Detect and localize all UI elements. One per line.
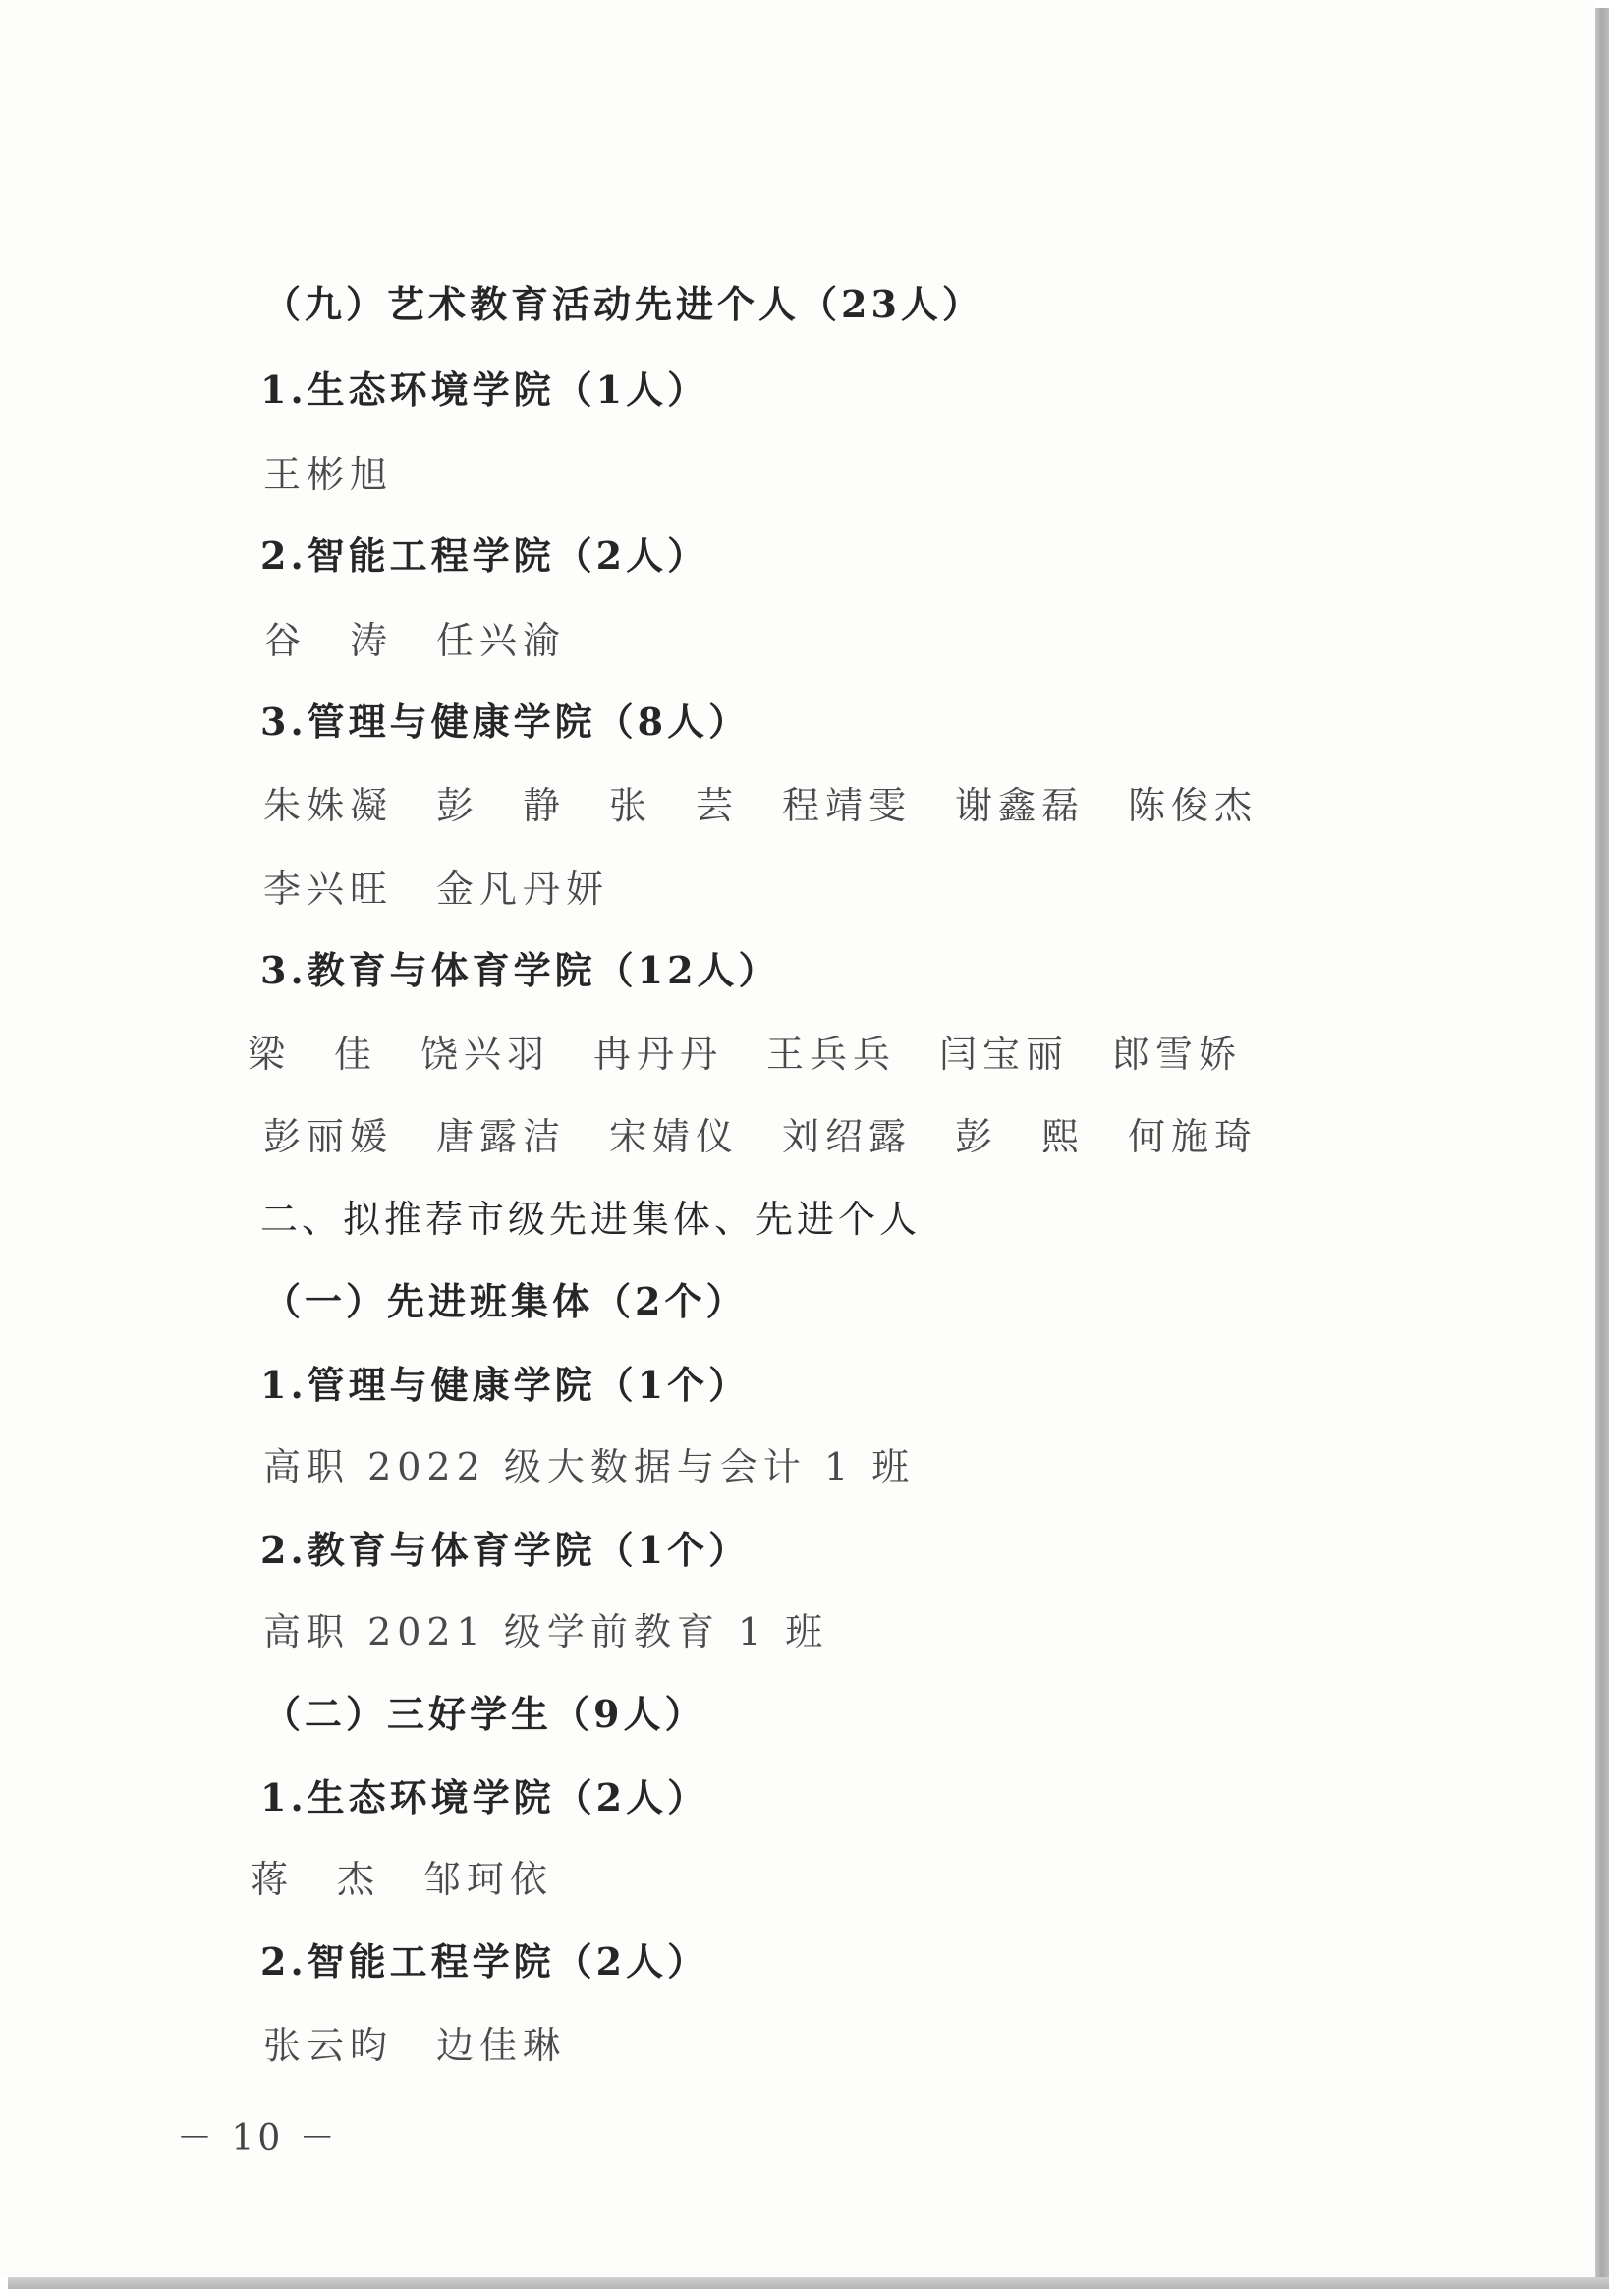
document-page: （九）艺术教育活动先进个人（23人） 1.生态环境学院（1人） 王彬旭 2.智能… xyxy=(0,0,1595,2277)
section-heading-municipal: 二、拟推荐市级先进集体、先进个人 xyxy=(260,1195,921,1244)
scan-edge-bottom xyxy=(8,2277,1609,2289)
college-heading: 3.教育与体育学院（12人） xyxy=(260,946,780,995)
page-number: － 10 － xyxy=(177,2110,339,2160)
names-list: 蒋 杰 邹珂依 xyxy=(251,1855,553,1904)
names-list: 李兴旺 金凡丹妍 xyxy=(263,865,609,914)
names-list: 梁 佳 饶兴羽 冉丹丹 王兵兵 闫宝丽 郎雪娇 xyxy=(248,1030,1242,1079)
scan-edge-right xyxy=(1595,8,1609,2285)
college-heading: 1.生态环境学院（1人） xyxy=(260,365,708,415)
class-name: 高职 2021 级学前教育 1 班 xyxy=(263,1607,828,1656)
college-heading: 3.管理与健康学院（8人） xyxy=(260,698,750,747)
college-heading: 1.生态环境学院（2人） xyxy=(260,1773,708,1822)
college-heading: 2.智能工程学院（2人） xyxy=(260,1937,708,1987)
subsection-heading-merit-students: （二）三好学生（9人） xyxy=(263,1690,705,1739)
subsection-heading-advanced-class: （一）先进班集体（2个） xyxy=(263,1277,747,1326)
college-heading: 2.智能工程学院（2人） xyxy=(260,532,708,581)
class-name: 高职 2022 级大数据与会计 1 班 xyxy=(263,1442,915,1491)
names-list: 张云昀 边佳琳 xyxy=(263,2021,566,2070)
names-list: 谷 涛 任兴渝 xyxy=(263,616,566,665)
names-list: 王彬旭 xyxy=(263,450,393,499)
subsection-heading-art-education: （九）艺术教育活动先进个人（23人） xyxy=(263,280,983,329)
college-heading: 2.教育与体育学院（1个） xyxy=(260,1526,750,1575)
names-list: 朱姝凝 彭 静 张 芸 程靖雯 谢鑫磊 陈俊杰 xyxy=(263,781,1258,830)
names-list: 彭丽媛 唐露洁 宋婧仪 刘绍露 彭 熙 何施琦 xyxy=(263,1112,1258,1161)
college-heading: 1.管理与健康学院（1个） xyxy=(260,1361,750,1410)
